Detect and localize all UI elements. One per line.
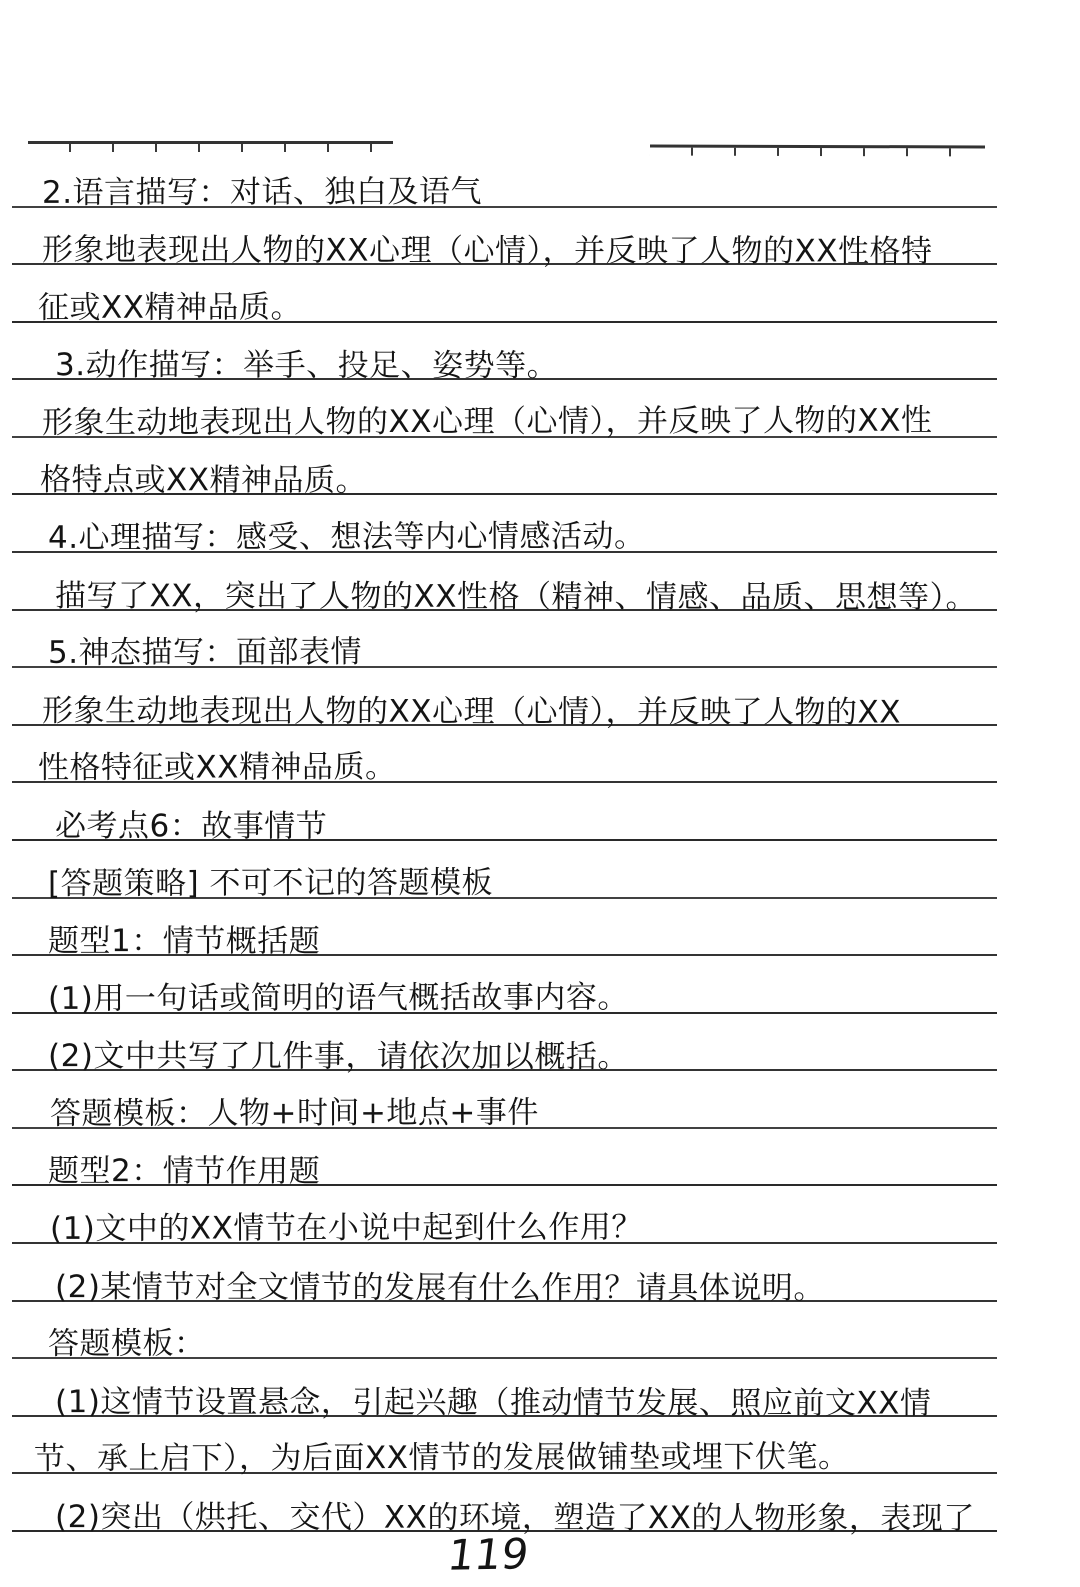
handwritten-text: 必考点6：故事情节 [12,811,327,843]
page-number: 119 [445,1533,531,1576]
handwritten-text: 题型2：情节作用题 [12,1156,320,1188]
handwritten-text: 答题模板：人物+时间+地点+事件 [12,1097,539,1129]
handwritten-line: 形象生动地表现出人物的XX心理（心情），并反映了人物的XX [12,668,997,726]
handwritten-line: 征或XX精神品质。 [12,265,997,323]
handwritten-text: 性格特征或XX精神品质。 [12,752,397,784]
handwritten-text: (2)文中共写了几件事，请依次加以概括。 [12,1041,629,1073]
handwritten-text: 形象地表现出人物的XX心理（心情），并反映了人物的XX性格特 [12,235,933,268]
handwritten-text: (1)这情节设置悬念，引起兴趣（推动情节发展、照应前文XX情 [12,1387,931,1420]
handwritten-line: 2.语言描写：对话、独白及语气 [12,150,997,208]
handwritten-line: 5.神态描写：面部表情 [12,611,997,669]
handwritten-line: 形象生动地表现出人物的XX心理（心情），并反映了人物的XX性 [12,380,997,438]
handwritten-line: 格特点或XX精神品质。 [12,438,997,496]
handwritten-text: 3.动作描写：举手、投足、姿势等。 [12,350,558,382]
handwritten-line: 题型1：情节概括题 [12,899,997,957]
handwritten-text: 形象生动地表现出人物的XX心理（心情），并反映了人物的XX性 [12,405,933,438]
handwritten-line: 形象地表现出人物的XX心理（心情），并反映了人物的XX性格特 [12,208,997,266]
handwritten-text: 4.心理描写：感受、想法等内心情感活动。 [12,521,646,554]
handwritten-line: [答题策略] 不可不记的答题模板 [12,841,997,899]
handwritten-text: 5.神态描写：面部表情 [12,637,362,669]
handwritten-text: (1)文中的XX情节在小说中起到什么作用？ [12,1212,643,1245]
handwritten-line: 性格特征或XX精神品质。 [12,726,997,784]
handwritten-line: 节、承上启下），为后面XX情节的发展做铺垫或埋下伏笔。 [12,1417,997,1475]
ruled-lines-area: 2.语言描写：对话、独白及语气 形象地表现出人物的XX心理（心情），并反映了人物… [12,150,997,1532]
handwritten-text: 题型1：情节概括题 [12,926,320,958]
handwritten-text: [答题策略] 不可不记的答题模板 [12,867,493,899]
handwritten-text: 答题模板： [12,1329,206,1361]
handwritten-text: 征或XX精神品质。 [12,292,302,324]
handwritten-text: 格特点或XX精神品质。 [12,465,367,497]
handwritten-text: (1)用一句话或简明的语气概括故事内容。 [12,982,629,1015]
handwritten-line: 答题模板： [12,1302,997,1360]
handwritten-line: (2)某情节对全文情节的发展有什么作用？请具体说明。 [12,1244,997,1302]
handwritten-line: 3.动作描写：举手、投足、姿势等。 [12,323,997,381]
handwritten-text: 2.语言描写：对话、独白及语气 [12,176,482,208]
handwritten-text: 节、承上启下），为后面XX情节的发展做铺垫或埋下伏笔。 [12,1442,850,1475]
handwritten-text: 形象生动地表现出人物的XX心理（心情），并反映了人物的XX [12,696,901,729]
handwritten-line: 4.心理描写：感受、想法等内心情感活动。 [12,495,997,553]
handwritten-line: (1)这情节设置悬念，引起兴趣（推动情节发展、照应前文XX情 [12,1359,997,1417]
handwritten-text: (2)某情节对全文情节的发展有什么作用？请具体说明。 [12,1272,825,1304]
handwritten-line: (1)文中的XX情节在小说中起到什么作用？ [12,1186,997,1244]
handwritten-line: (1)用一句话或简明的语气概括故事内容。 [12,956,997,1014]
handwritten-line: 必考点6：故事情节 [12,783,997,841]
handwritten-line: (2)突出（烘托、交代）XX的环境，塑造了XX的人物形象，表现了 [12,1474,997,1532]
notebook-page: 2.语言描写：对话、独白及语气 形象地表现出人物的XX心理（心情），并反映了人物… [0,0,1080,1587]
handwritten-line: 答题模板：人物+时间+地点+事件 [12,1071,997,1129]
handwritten-line: 题型2：情节作用题 [12,1129,997,1187]
handwritten-text: 描写了XX，突出了人物的XX性格（精神、情感、品质、思想等）。 [12,581,977,614]
handwritten-line: (2)文中共写了几件事，请依次加以概括。 [12,1014,997,1072]
handwritten-line: 描写了XX，突出了人物的XX性格（精神、情感、品质、思想等）。 [12,553,997,611]
